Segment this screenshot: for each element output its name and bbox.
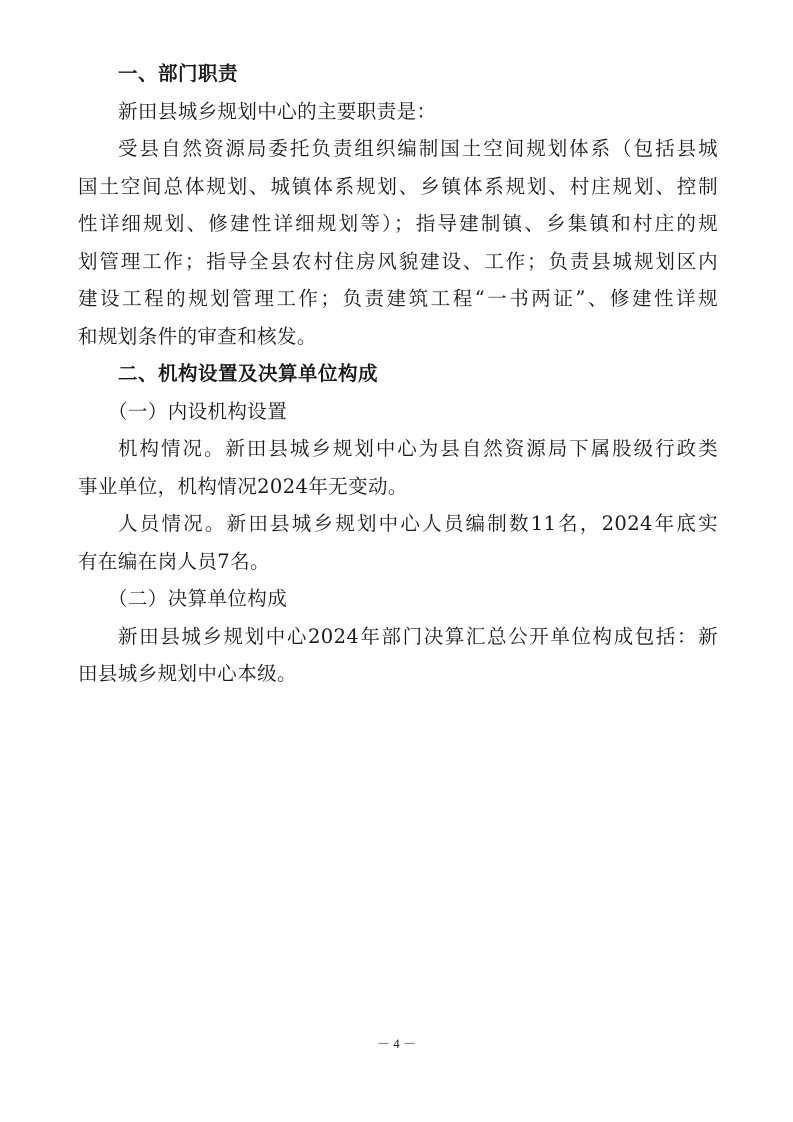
section-heading-department-duties: 一、部门职责 [78, 55, 718, 93]
paragraph-line: 人员情况。新田县城乡规划中心人员编制数11名，2024年底实 [78, 505, 718, 543]
paragraph-line: 性详细规划、修建性详细规划等）；指导建制镇、乡集镇和村庄的规 [78, 205, 718, 243]
paragraph-line: 建设工程的规划管理工作；负责建筑工程“一书两证”、修建性详规 [78, 280, 718, 318]
page-number: － 4 － [0, 1033, 793, 1052]
staff-paragraph: 人员情况。新田县城乡规划中心人员编制数11名，2024年底实 有在编在岗人员7名… [78, 505, 718, 580]
budget-units-paragraph: 新田县城乡规划中心2024年部门决算汇总公开单位构成包括：新 田县城乡规划中心本… [78, 618, 718, 693]
paragraph-line: 受县自然资源局委托负责组织编制国土空间规划体系（包括县城 [78, 130, 718, 168]
document-page: 一、部门职责 新田县城乡规划中心的主要职责是： 受县自然资源局委托负责组织编制国… [78, 55, 718, 693]
duties-intro: 新田县城乡规划中心的主要职责是： [78, 93, 718, 131]
paragraph-line: 田县城乡规划中心本级。 [78, 655, 718, 693]
paragraph-line: 划管理工作；指导全县农村住房风貌建设、工作；负责县城规划区内 [78, 243, 718, 281]
paragraph-line: 国土空间总体规划、城镇体系规划、乡镇体系规划、村庄规划、控制 [78, 168, 718, 206]
paragraph-line: 机构情况。新田县城乡规划中心为县自然资源局下属股级行政类 [78, 430, 718, 468]
subsection-title-budget-units: （二）决算单位构成 [78, 580, 718, 618]
paragraph-line: 有在编在岗人员7名。 [78, 543, 718, 581]
paragraph-line: 事业单位，机构情况2024年无变动。 [78, 468, 718, 506]
duties-paragraph: 受县自然资源局委托负责组织编制国土空间规划体系（包括县城 国土空间总体规划、城镇… [78, 130, 718, 355]
paragraph-line: 和规划条件的审查和核发。 [78, 318, 718, 356]
section-heading-organization: 二、机构设置及决算单位构成 [78, 355, 718, 393]
organization-paragraph: 机构情况。新田县城乡规划中心为县自然资源局下属股级行政类 事业单位，机构情况20… [78, 430, 718, 505]
subsection-title-internal-structure: （一）内设机构设置 [78, 393, 718, 431]
paragraph-line: 新田县城乡规划中心2024年部门决算汇总公开单位构成包括：新 [78, 618, 718, 656]
